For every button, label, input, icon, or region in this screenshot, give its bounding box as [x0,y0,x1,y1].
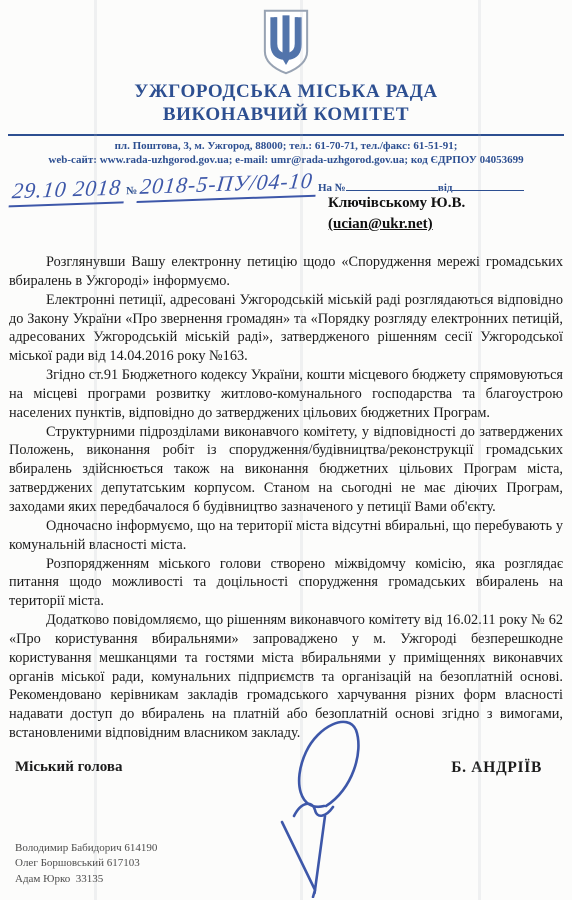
outgoing-reference: 29.10 2018№2018-5-ПУ/04-10 [10,168,318,208]
address-line-1: пл. Поштова, 3, м. Ужгород, 88000; тел.:… [0,140,572,154]
executor-contact-2: Олег Боршовський 617103 [15,856,157,872]
handwritten-outgoing-number: 2018-5-ПУ/04-10 [137,168,319,203]
reply-date-blank [452,179,524,191]
address-line-2: web-сайт: www.rada-uzhgorod.gov.ua; e-ma… [0,154,572,168]
letterhead: УЖГОРОДСЬКА МІСЬКА РАДА ВИКОНАВЧИЙ КОМІТ… [0,0,572,167]
paragraph-7: Додатково повідомляємо, що рішенням вико… [9,611,563,743]
recipient-email: (ucian@ukr.net) [328,214,465,235]
signature-row: Міський голова Б. АНДРІЇВ [15,759,542,777]
letter-body: Розглянувши Вашу електронну петицію щодо… [9,253,563,743]
paragraph-5: Одночасно інформуємо, що на території мі… [9,517,563,555]
ukraine-trident-emblem-icon [257,8,315,76]
number-sign: № [126,185,137,197]
recipient-name: Ключівському Ю.В. [328,193,465,214]
executor-contact-1: Володимир Бабидорич 614190 [15,841,157,857]
incoming-reference-labels: На №від [318,179,572,194]
letterhead-divider [8,134,564,136]
recipient-block: Ключівському Ю.В. (ucian@ukr.net) [328,193,465,235]
paragraph-4: Структурними підрозділами виконавчого ко… [9,423,563,517]
paragraph-6: Розпорядженням міського голови створено … [9,555,563,612]
executor-contact-3: Адам Юрко 33135 [15,872,157,888]
signer-name: Б. АНДРІЇВ [451,759,542,777]
paragraph-2: Електронні петиції, адресовані Ужгородсь… [9,291,563,366]
reply-number-blank [346,179,438,191]
organization-name: УЖГОРОДСЬКА МІСЬКА РАДА [0,80,572,103]
handwritten-date: 29.10 2018 [9,174,127,207]
organization-department: ВИКОНАВЧИЙ КОМІТЕТ [0,103,572,126]
paragraph-1: Розглянувши Вашу електронну петицію щодо… [9,253,563,291]
scanned-letter-page: УЖГОРОДСЬКА МІСЬКА РАДА ВИКОНАВЧИЙ КОМІТ… [0,0,572,900]
paragraph-3: Згідно ст.91 Бюджетного кодексу України,… [9,366,563,423]
reference-row: 29.10 2018№2018-5-ПУ/04-10 На №від Ключі… [10,171,562,247]
executor-contacts: Володимир Бабидорич 614190 Олег Боршовсь… [15,841,157,888]
signer-position-title: Міський голова [15,759,122,777]
